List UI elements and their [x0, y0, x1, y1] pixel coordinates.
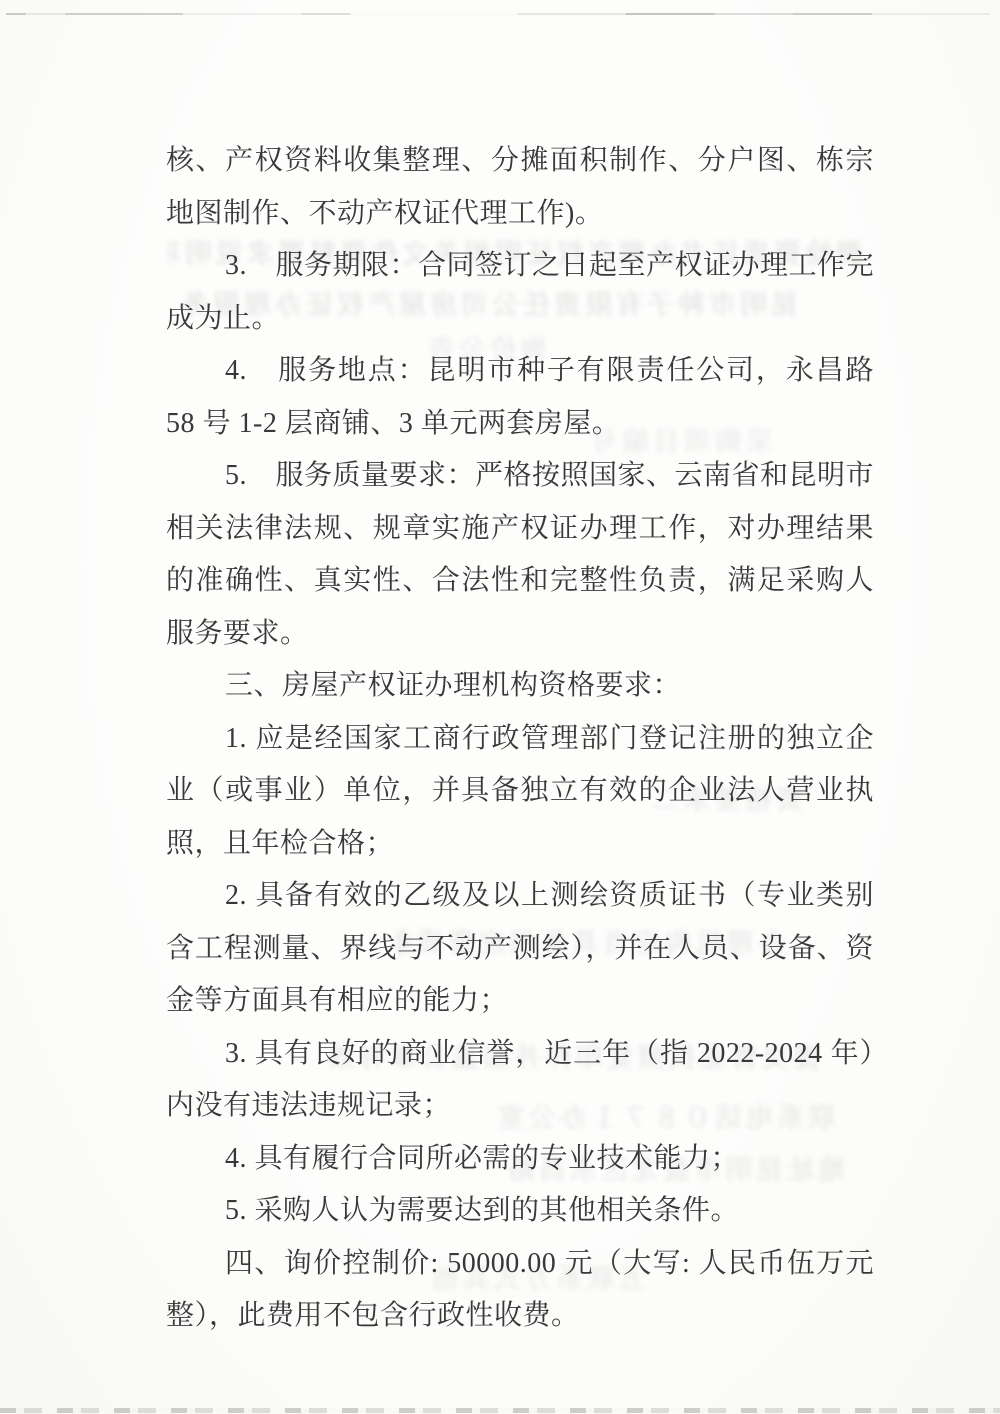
paragraph: 5. 服务质量要求：严格按照国家、云南省和昆明市相关法律法规、规章实施产权证办理…: [166, 450, 874, 660]
document-body: 核、产权资料收集整理、分摊面积制作、分户图、栋宗地图制作、不动产权证代理工作)。…: [166, 135, 874, 1343]
scan-bottom-edge: [0, 1408, 1000, 1413]
paragraph: 四、询价控制价: 50000.00 元（大写: 人民币伍万元整），此费用不包含行…: [166, 1238, 874, 1343]
paragraph: 4. 具有履行合同所必需的专业技术能力；: [166, 1133, 874, 1186]
scan-fold-line: [6, 13, 990, 15]
paragraph: 3. 具有良好的商业信誉，近三年（指 2022-2024 年）内没有违法违规记录…: [166, 1028, 874, 1133]
paragraph: 核、产权资料收集整理、分摊面积制作、分户图、栋宗地图制作、不动产权证代理工作)。: [166, 135, 874, 240]
paragraph: 4. 服务地点：昆明市种子有限责任公司，永昌路 58 号 1-2 层商铺、3 单…: [166, 345, 874, 450]
scanned-page: 测绘资质证书办理产权证明相关文件资料要求说明项目昆明市种子有限责任公司房屋产权证…: [0, 0, 1000, 1414]
paragraph: 3. 服务期限：合同签订之日起至产权证办理工作完成为止。: [166, 240, 874, 345]
paragraph: 三、房屋产权证办理机构资格要求：: [166, 660, 874, 713]
paragraph: 1. 应是经国家工商行政管理部门登记注册的独立企业（或事业）单位，并具备独立有效…: [166, 713, 874, 871]
paragraph: 5. 采购人认为需要达到的其他相关条件。: [166, 1185, 874, 1238]
paragraph: 2. 具备有效的乙级及以上测绘资质证书（专业类别含工程测量、界线与不动产测绘），…: [166, 870, 874, 1028]
